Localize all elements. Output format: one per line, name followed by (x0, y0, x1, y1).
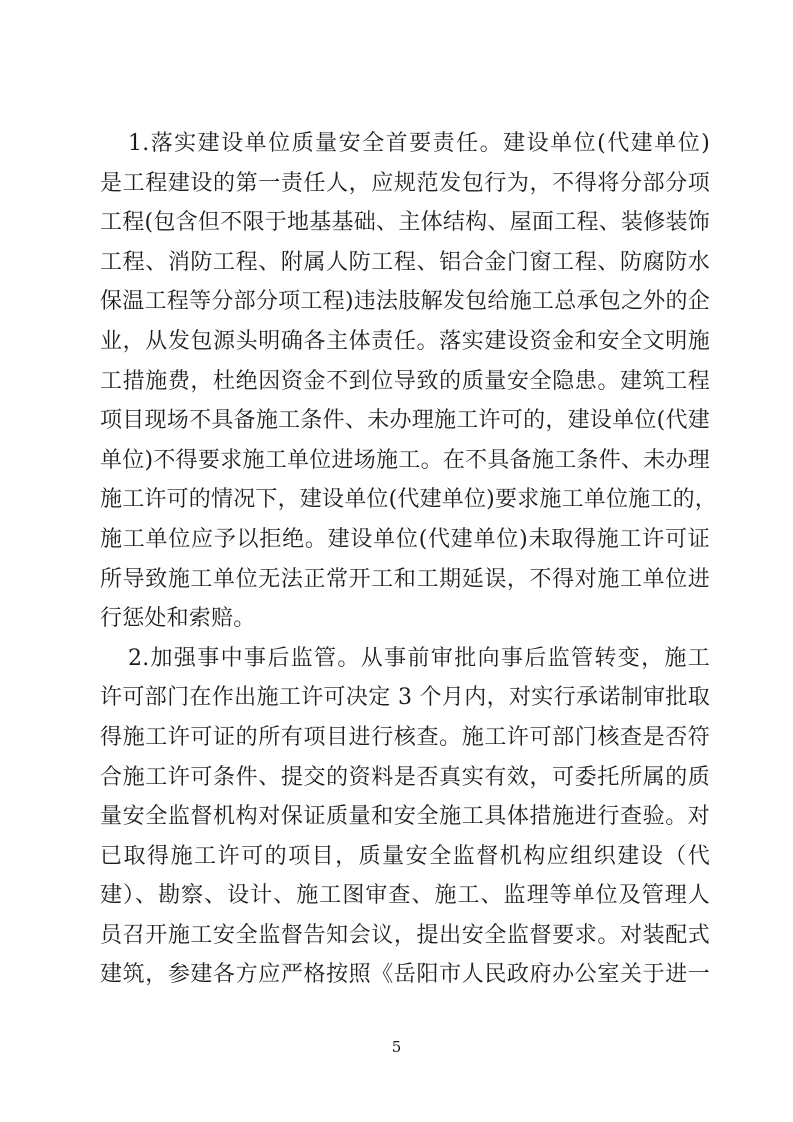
text-line: 已取得施工许可的项目，质量安全监督机构应组织建设（代 (100, 837, 710, 877)
text-line: 合施工许可条件、提交的资料是否真实有效，可委托所属的质 (100, 758, 710, 798)
text-line: 项目现场不具备施工条件、未办理施工许可的，建设单位(代建 (100, 401, 710, 441)
text-line: 业，从发包源头明确各主体责任。落实建设资金和安全文明施 (100, 322, 710, 362)
text-line: 施工单位应予以拒绝。建设单位(代建单位)未取得施工许可证 (100, 520, 710, 560)
text-line: 许可部门在作出施工许可决定 3 个月内，对实行承诺制审批取 (100, 678, 710, 718)
document-page: 1.落实建设单位质量安全首要责任。建设单位(代建单位)是工程建设的第一责任人，应… (0, 0, 793, 1122)
text-line: 得施工许可证的所有项目进行核查。施工许可部门核查是否符 (100, 718, 710, 758)
text-line: 2.加强事中事后监管。从事前审批向事后监管转变，施工 (100, 639, 710, 679)
text-line: 员召开施工安全监督告知会议，提出安全监督要求。对装配式 (100, 916, 710, 956)
text-line: 所导致施工单位无法正常开工和工期延误，不得对施工单位进 (100, 560, 710, 600)
text-line: 是工程建设的第一责任人，应规范发包行为，不得将分部分项 (100, 164, 710, 204)
text-line: 建）、勘察、设计、施工图审查、施工、监理等单位及管理人 (100, 876, 710, 916)
text-line: 工程、消防工程、附属人防工程、铝合金门窗工程、防腐防水 (100, 243, 710, 283)
page-number: 5 (0, 1038, 793, 1056)
text-line: 施工许可的情况下，建设单位(代建单位)要求施工单位施工的， (100, 480, 710, 520)
text-line: 行惩处和索赔。 (100, 599, 710, 639)
text-line: 量安全监督机构对保证质量和安全施工具体措施进行查验。对 (100, 797, 710, 837)
text-line: 建筑，参建各方应严格按照《岳阳市人民政府办公室关于进一 (100, 955, 710, 995)
text-line: 工程(包含但不限于地基基础、主体结构、屋面工程、装修装饰 (100, 203, 710, 243)
text-line: 1.落实建设单位质量安全首要责任。建设单位(代建单位) (100, 124, 710, 164)
document-body: 1.落实建设单位质量安全首要责任。建设单位(代建单位)是工程建设的第一责任人，应… (100, 124, 710, 995)
text-line: 单位)不得要求施工单位进场施工。在不具备施工条件、未办理 (100, 441, 710, 481)
text-line: 工措施费，杜绝因资金不到位导致的质量安全隐患。建筑工程 (100, 362, 710, 402)
text-line: 保温工程等分部分项工程)违法肢解发包给施工总承包之外的企 (100, 282, 710, 322)
